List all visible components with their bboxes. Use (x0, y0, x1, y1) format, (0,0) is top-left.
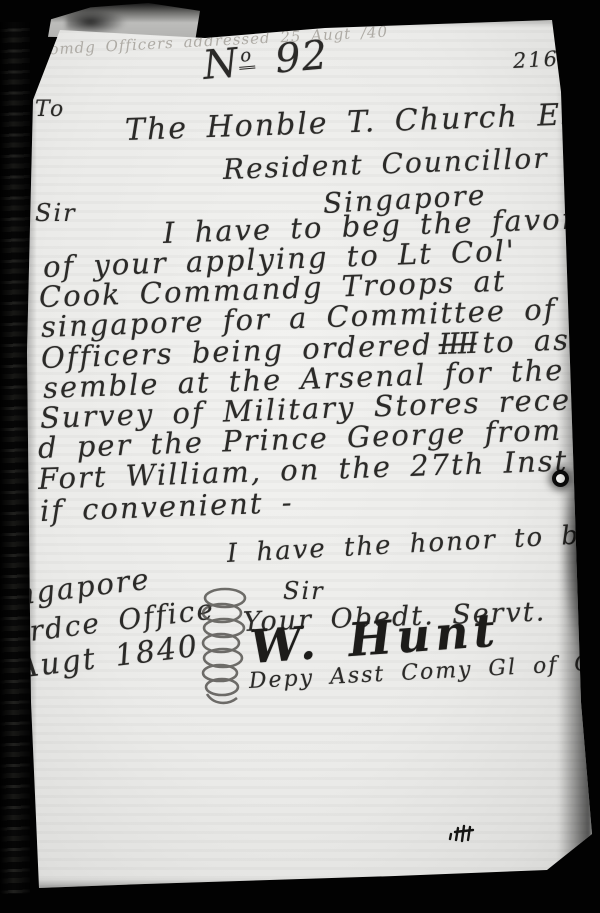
letter-number-prefix: N (201, 40, 241, 89)
letter-number: No 92 (201, 33, 330, 88)
closing-line: I have the honor to be (226, 521, 598, 569)
folio-number: 216. (512, 47, 568, 73)
address-line: The Honble T. Church Esqe (124, 97, 600, 147)
punch-hole (556, 474, 565, 483)
to-label: To (35, 98, 65, 122)
body-line: if convenient - (39, 487, 294, 528)
scanned-manuscript-page: Comdg Officers addressed 25 Augt /40 No … (0, 0, 600, 913)
salutation: Sir (35, 200, 77, 226)
ink-blot (447, 822, 477, 844)
address-line: Resident Councillor (222, 144, 549, 186)
pen-scribble (193, 584, 255, 710)
paper-edge-shadow-bottom (25, 878, 592, 892)
letter-sheet: Comdg Officers addressed 25 Augt /40 No … (25, 12, 592, 892)
letter-number-value: 92 (273, 32, 330, 82)
letter-number-superscript: o (237, 44, 255, 69)
book-binding-edge (0, 22, 30, 894)
closing-line: Sir (283, 578, 325, 604)
